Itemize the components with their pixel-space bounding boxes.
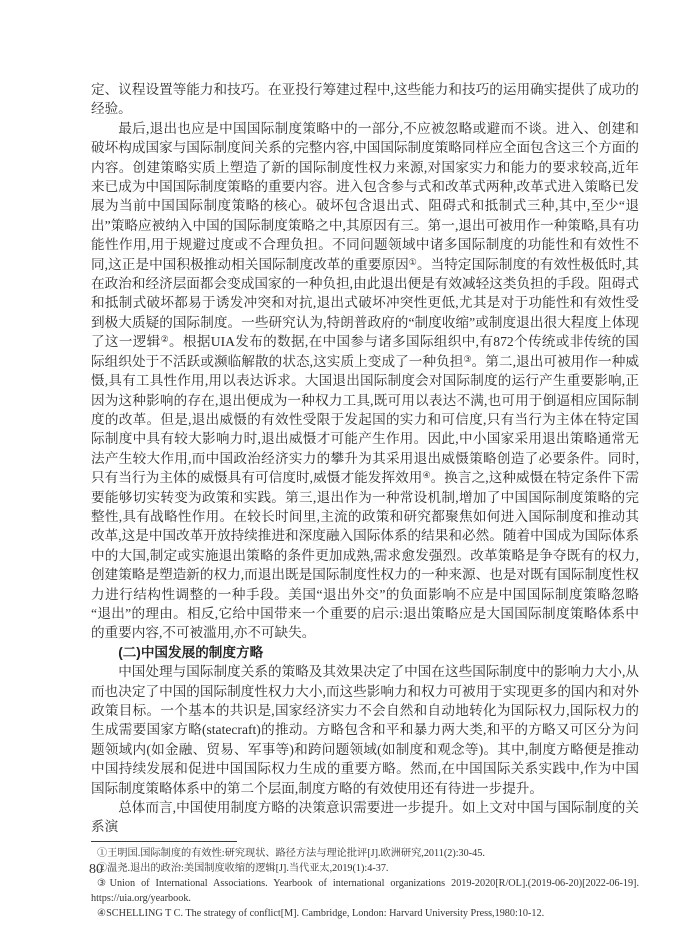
footnote-ref: ②: [161, 334, 169, 344]
text-run: 。第二,退出可被用作一种威慑,具有工具性作用,用以表达诉求。大国退出国际制度会对…: [91, 354, 639, 485]
text-run: 最后,退出也应是中国国际制度策略中的一部分,不应被忽略或避而不谈。进入、创建和破…: [91, 121, 639, 272]
footnote-ref: ④: [422, 470, 430, 480]
page-number: 80: [89, 862, 103, 878]
article-body: 定、议程设置等能力和技巧。在亚投行筹建过程中,这些能力和技巧的运用确实提供了成功…: [91, 80, 639, 837]
text-run: 总体而言,中国使用制度方略的决策意识需要进一步提升。如上文对中国与国际制度的关系…: [91, 800, 639, 834]
paragraph: 总体而言,中国使用制度方略的决策意识需要进一步提升。如上文对中国与国际制度的关系…: [91, 798, 639, 837]
text-run: 定、议程设置等能力和技巧。在亚投行筹建过程中,这些能力和技巧的运用确实提供了成功…: [91, 82, 639, 116]
section-heading: (二)中国发展的制度方略: [91, 643, 639, 662]
footnote-ref: ③: [463, 354, 471, 364]
footnote-item: ③Union of International Associations. Ye…: [91, 876, 639, 906]
text-run: 。换言之,这种威慑在特定条件下需要能够切实转变为政策和实践。第三,退出作为一种常…: [91, 470, 639, 640]
footnote-list: ①王明国.国际制度的有效性:研究现状、路径方法与理论批评[J].欧洲研究,201…: [91, 846, 639, 921]
footnote-item: ④SCHELLING T C. The strategy of conflict…: [91, 906, 639, 921]
text-run: 中国处理与国际制度关系的策略及其效果决定了中国在这些国际制度中的影响力大小,从而…: [91, 664, 639, 795]
paragraph: 最后,退出也应是中国国际制度策略中的一部分,不应被忽略或避而不谈。进入、创建和破…: [91, 119, 639, 643]
paragraph: 定、议程设置等能力和技巧。在亚投行筹建过程中,这些能力和技巧的运用确实提供了成功…: [91, 80, 639, 119]
footnote-item: ①王明国.国际制度的有效性:研究现状、路径方法与理论批评[J].欧洲研究,201…: [91, 846, 639, 861]
text-run: (二)中国发展的制度方略: [118, 645, 263, 660]
footnote-item: ②温尧.退出的政治:美国制度收缩的逻辑[J].当代亚太,2019(1):4-37…: [91, 861, 639, 876]
paragraph: 中国处理与国际制度关系的策略及其效果决定了中国在这些国际制度中的影响力大小,从而…: [91, 662, 639, 798]
text-column: 定、议程设置等能力和技巧。在亚投行筹建过程中,这些能力和技巧的运用确实提供了成功…: [91, 80, 639, 921]
document-page: 定、议程设置等能力和技巧。在亚投行筹建过程中,这些能力和技巧的运用确实提供了成功…: [0, 0, 700, 943]
footnote-separator: [91, 841, 237, 842]
footnote-ref: ①: [409, 257, 417, 267]
